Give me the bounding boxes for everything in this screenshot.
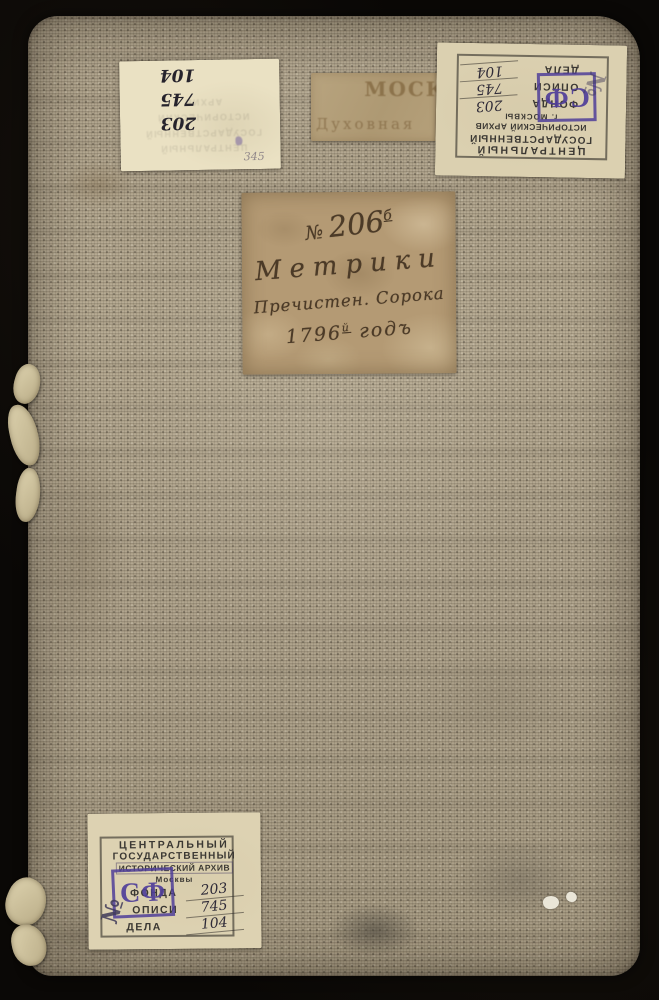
spine-fray	[4, 402, 44, 468]
title-district-line: Пречистен. Сорока	[242, 283, 457, 318]
faded-text-moscow: МОСК	[364, 77, 440, 101]
faint-pencil-mark: 345	[244, 150, 265, 163]
year-number: 1796	[285, 322, 343, 348]
faded-text-dukhovnaya: Духовная	[316, 115, 415, 133]
year-word: годъ	[350, 316, 413, 343]
spine-fray	[9, 361, 45, 407]
title-year-line: 1796й годъ	[242, 313, 457, 352]
field-label: ДЕЛА	[126, 921, 162, 933]
paper-speck	[565, 890, 579, 903]
spine-fray	[0, 872, 54, 932]
archive-label-bottom-left: ЦЕНТРАЛЬНЫЙ ГОСУДАРСТВЕННЫЙ ИСТОРИЧЕСКИЙ…	[87, 812, 261, 950]
rotated-label-content: ЦЕНТРАЛЬНЫЙ ГОСУДАРСТВЕННЫЙ ИСТОРИЧЕСКИЙ…	[435, 42, 627, 178]
shelfmark-label-top-left: 203 745 104 ЦЕНТРАЛЬНЫЙ ГОСУДАРСТВЕННЫЙ …	[119, 59, 281, 172]
archive-label-top-right: ЦЕНТРАЛЬНЫЙ ГОСУДАРСТВЕННЫЙ ИСТОРИЧЕСКИЙ…	[435, 42, 627, 178]
delo-row: ДЕЛА 104	[126, 918, 243, 935]
paper-speck	[542, 895, 560, 910]
spine-fray	[8, 921, 50, 969]
photo-backdrop: 203 745 104 ЦЕНТРАЛЬНЫЙ ГОСУДАРСТВЕННЫЙ …	[0, 0, 659, 1000]
number-superscript: б	[382, 208, 392, 225]
bleed-through-ghost-text: ЦЕНТРАЛЬНЫЙ ГОСУДАРСТВЕННЫЙ ИСТОРИЧЕСКИЙ…	[138, 93, 269, 156]
faded-moscow-label: МОСК Духовная	[311, 73, 440, 141]
book-cover-burlap: 203 745 104 ЦЕНТРАЛЬНЫЙ ГОСУДАРСТВЕННЫЙ …	[28, 16, 640, 976]
delo-number: 104	[131, 62, 195, 87]
archive-name-line: ГОСУДАРСТВЕННЫЙ	[88, 850, 261, 863]
spine-fray	[12, 467, 43, 524]
handwritten-title-label: № 206б Метрики Пречистен. Сорока 1796й г…	[241, 191, 456, 374]
ink-smudge	[235, 136, 242, 145]
numero-sign: №	[304, 220, 330, 245]
case-number: 206	[327, 204, 386, 244]
